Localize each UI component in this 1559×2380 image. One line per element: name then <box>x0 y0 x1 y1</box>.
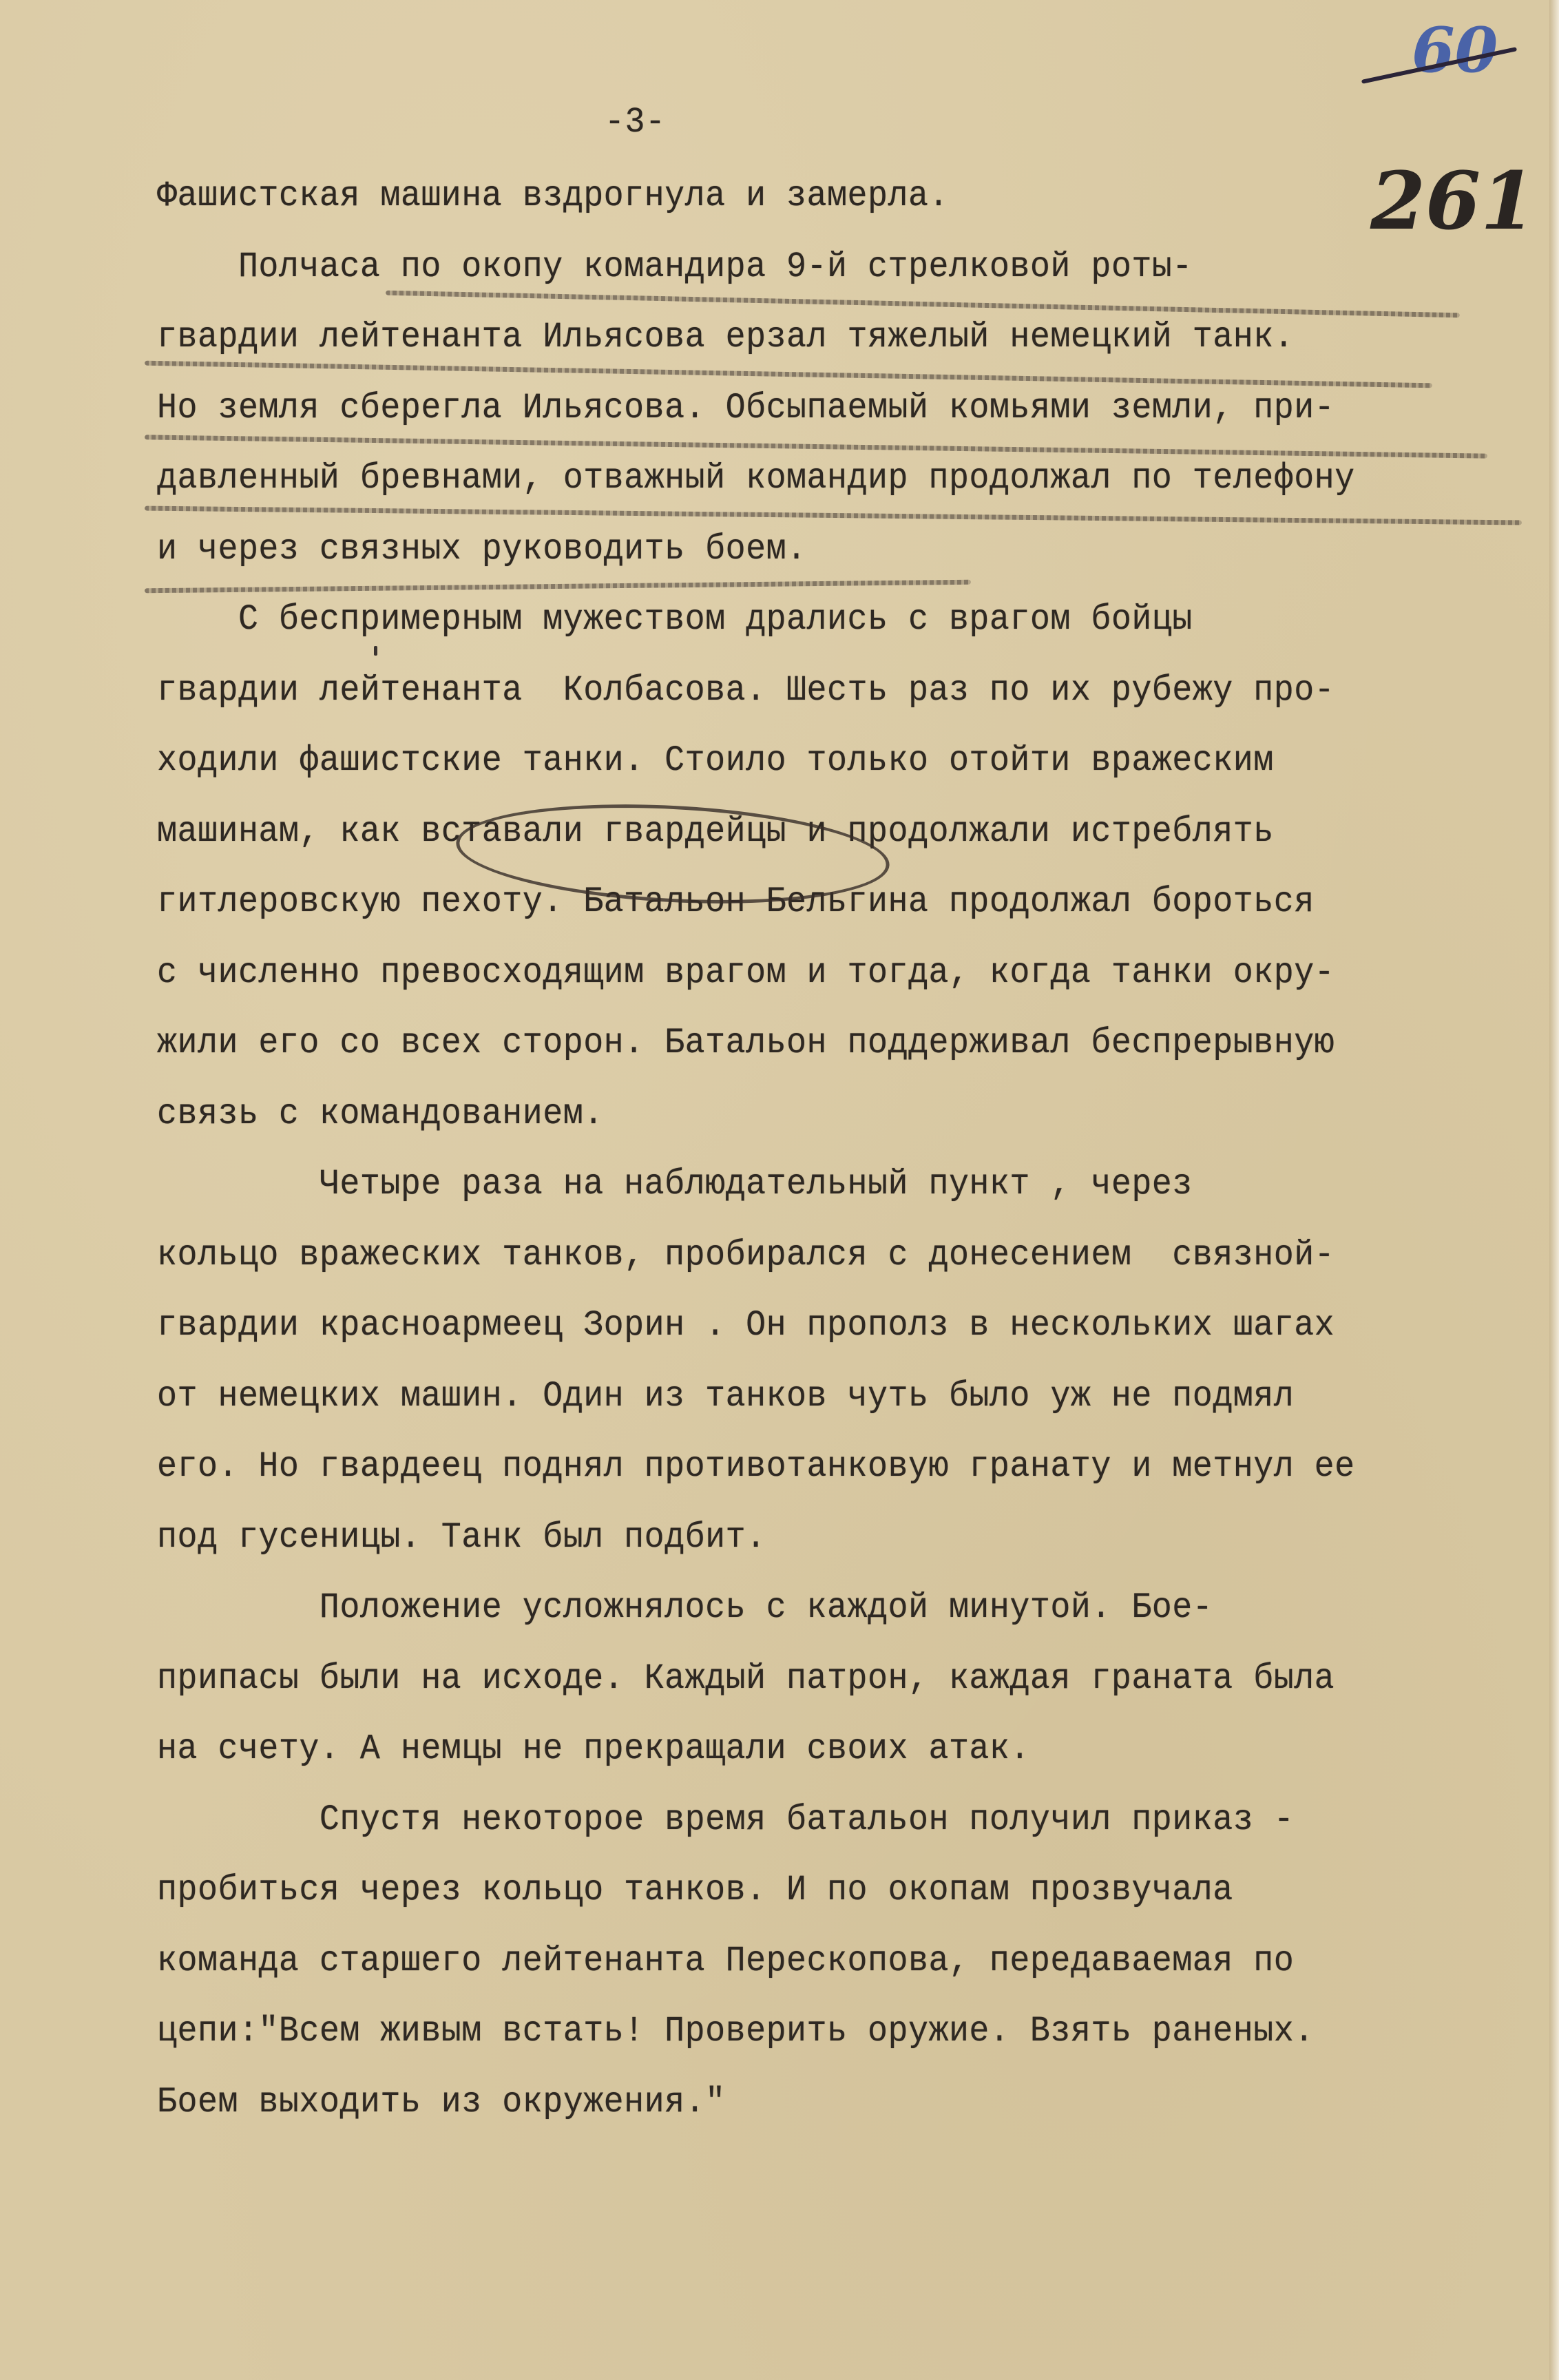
pencil-underline <box>145 435 1487 458</box>
text-line: пробиться через кольцо танков. И по окоп… <box>157 1870 1233 1910</box>
text-line: связь с командованием. <box>157 1094 604 1134</box>
text-line: ходили фашистские танки. Стоило только о… <box>157 740 1274 781</box>
text-line: Полчаса по окопу командира 9-й стрелково… <box>157 247 1193 287</box>
text-line: Фашистская машина вздрогнула и замерла. <box>157 176 949 216</box>
pencil-underline <box>145 506 1522 525</box>
pencil-underline <box>145 361 1432 388</box>
text-line: кольцо вражеских танков, пробирался с до… <box>157 1235 1335 1275</box>
text-line: Но земля сберегла Ильясова. Обсыпаемый к… <box>157 388 1335 428</box>
text-line: команда старшего лейтенанта Перескопова,… <box>157 1941 1294 1981</box>
page-number: -3- <box>605 102 665 143</box>
text-line: припасы были на исходе. Каждый патрон, к… <box>157 1658 1335 1699</box>
ink-speck <box>374 646 377 656</box>
text-line: гвардии красноармеец Зорин . Он прополз … <box>157 1305 1335 1346</box>
text-line: Спустя некоторое время батальон получил … <box>157 1799 1294 1840</box>
text-line: Боем выходить из окружения." <box>157 2082 726 2122</box>
handwritten-folio-number: 261 <box>1370 155 1536 248</box>
text-line: давленный бревнами, отважный командир пр… <box>157 458 1355 499</box>
text-line: и через связных руководить боем. <box>157 529 807 570</box>
text-line: его. Но гвардеец поднял противотанковую … <box>157 1446 1355 1487</box>
text-line: Четыре раза на наблюдательный пункт , че… <box>157 1164 1193 1204</box>
text-line: гвардии лейтенанта Ильясова ерзал тяжелы… <box>157 317 1294 357</box>
text-line: от немецких машин. Один из танков чуть б… <box>157 1376 1294 1417</box>
pencil-underline <box>145 580 971 594</box>
text-line: жили его со всех сторон. Батальон поддер… <box>157 1023 1335 1063</box>
text-line: под гусеницы. Танк был подбит. <box>157 1517 766 1558</box>
paper-edge <box>1549 0 1559 2380</box>
text-line: цепи:"Всем живым встать! Проверить оружи… <box>157 2011 1315 2052</box>
pencil-underline <box>386 291 1460 318</box>
text-line: С беспримерным мужеством дрались с враго… <box>157 599 1193 640</box>
text-line: гвардии лейтенанта Колбасова. Шесть раз … <box>157 670 1335 711</box>
text-line: с численно превосходящим врагом и тогда,… <box>157 952 1335 993</box>
crossed-out-folio-number: 60 <box>1412 14 1498 87</box>
text-line: Положение усложнялось с каждой минутой. … <box>157 1587 1213 1628</box>
text-line: на счету. А немцы не прекращали своих ат… <box>157 1729 1030 1769</box>
